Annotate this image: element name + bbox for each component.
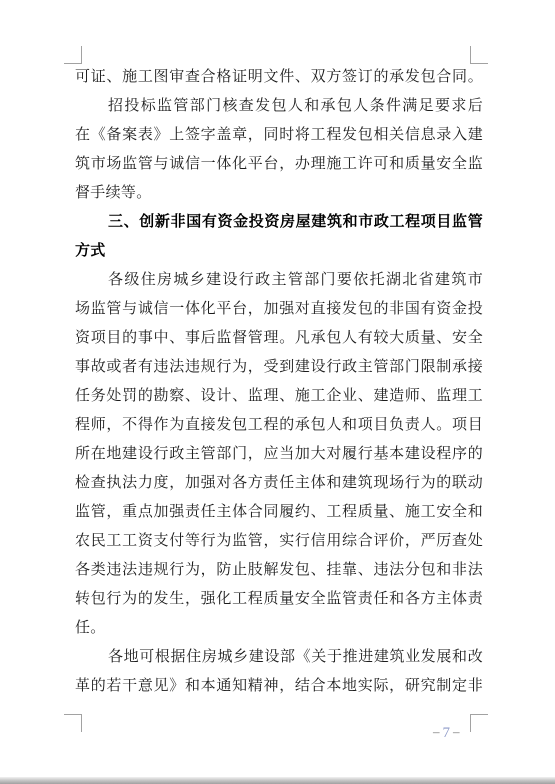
page-number: –7– — [433, 723, 460, 742]
document-page: 可证、施工图审查合格证明文件、双方签订的承发包合同。 招投标监管部门核查发包人和… — [0, 0, 555, 784]
text-line: 资项目的事中、事后监督管理。凡承包人有较大质量、安全 — [75, 324, 483, 353]
text-line: 革的若干意见》和本通知精神，结合本地实际，研究制定非 — [75, 672, 483, 701]
text-line: 所在地建设行政主管部门，应当加大对履行基本建设程序的 — [75, 440, 483, 469]
document-body: 可证、施工图审查合格证明文件、双方签订的承发包合同。 招投标监管部门核查发包人和… — [75, 63, 483, 701]
text-line: 转包行为的发生，强化工程质量安全监管责任和各方主体责 — [75, 585, 483, 614]
text-line: 督手续等。 — [75, 179, 483, 208]
text-line: 各地可根据住房城乡建设部《关于推进建筑业发展和改 — [75, 643, 483, 672]
page-bottom-edge — [0, 777, 555, 784]
section-heading-line: 三、创新非国有资金投资房屋建筑和市政工程项目监管 — [75, 208, 483, 237]
text-line: 各类违法违规行为，防止肢解发包、挂靠、违法分包和非法 — [75, 556, 483, 585]
page-number-dash-left: – — [433, 724, 440, 739]
text-line: 筑市场监管与诚信一体化平台，办理施工许可和质量安全监 — [75, 150, 483, 179]
text-line: 任务处罚的勘察、设计、监理、施工企业、建造师、监理工 — [75, 382, 483, 411]
text-line: 可证、施工图审查合格证明文件、双方签订的承发包合同。 — [75, 63, 483, 92]
crop-mark-bottom-right-icon — [470, 714, 488, 732]
crop-mark-top-left-icon — [64, 46, 82, 64]
text-line: 监管，重点加强责任主体合同履约、工程质量、施工安全和 — [75, 498, 483, 527]
text-line: 检查执法力度，加强对各方责任主体和建筑现场行为的联动 — [75, 469, 483, 498]
page-number-value: 7 — [443, 725, 451, 741]
text-line: 任。 — [75, 614, 483, 643]
section-heading-line: 方式 — [75, 237, 483, 266]
text-line: 场监管与诚信一体化平台，加强对直接发包的非国有资金投 — [75, 295, 483, 324]
text-line: 事故或者有违法违规行为，受到建设行政主管部门限制承接 — [75, 353, 483, 382]
crop-mark-top-right-icon — [470, 46, 488, 64]
text-line: 在《备案表》上签字盖章，同时将工程发包相关信息录入建 — [75, 121, 483, 150]
crop-mark-bottom-left-icon — [64, 714, 82, 732]
text-line: 招投标监管部门核查发包人和承包人条件满足要求后 — [75, 92, 483, 121]
text-line: 各级住房城乡建设行政主管部门要依托湖北省建筑市 — [75, 266, 483, 295]
page-number-dash-right: – — [453, 724, 460, 739]
text-line: 程师，不得作为直接发包工程的承包人和项目负责人。项目 — [75, 411, 483, 440]
text-line: 农民工工资支付等行为监管，实行信用综合评价，严厉查处 — [75, 527, 483, 556]
